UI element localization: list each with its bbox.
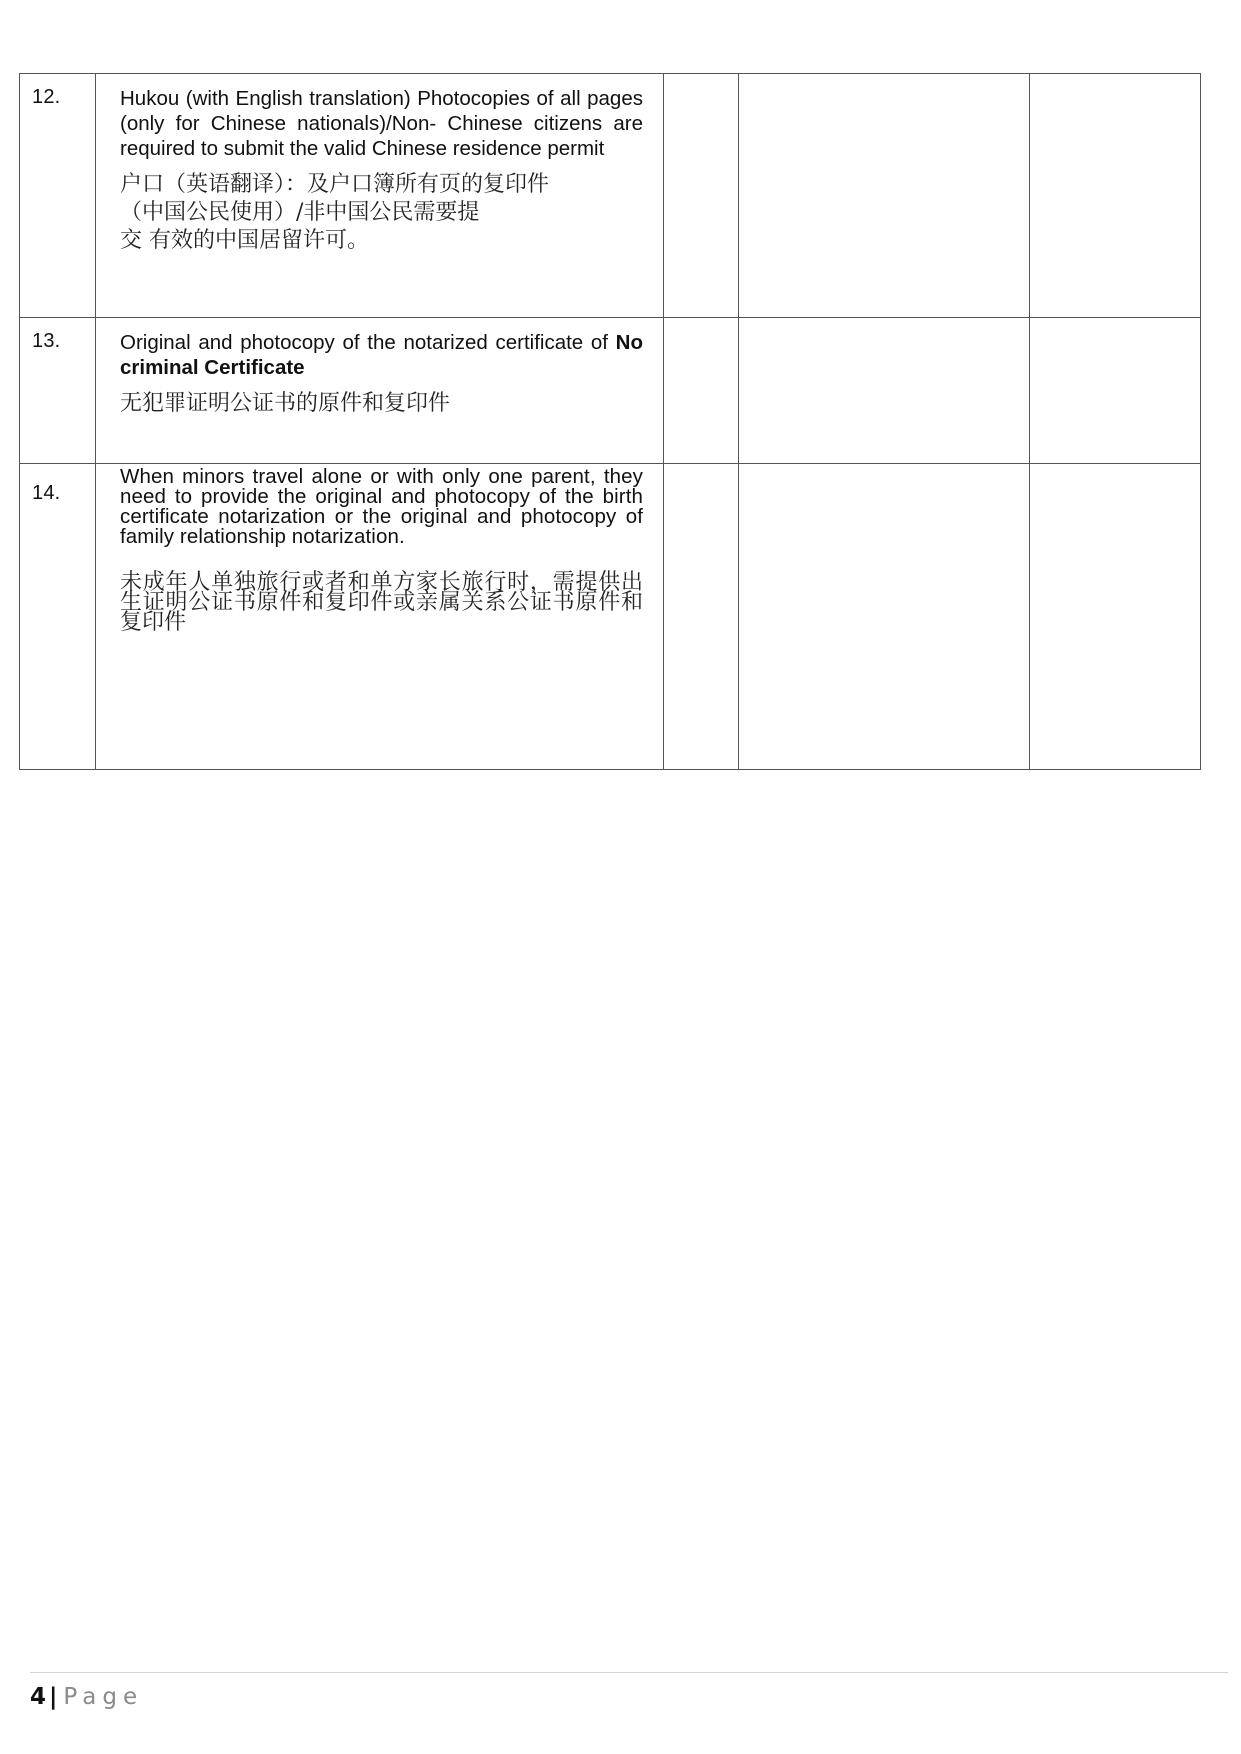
chinese-line: （中国公民使用）/非中国公民需要提 (120, 199, 643, 227)
chinese-description: 无犯罪证明公证书的原件和复印件 (120, 390, 643, 418)
english-description: Original and photocopy of the notarized … (120, 330, 643, 380)
english-description: When minors travel alone or with only on… (120, 467, 643, 547)
chinese-line: 户口（英语翻译）：及户口簿所有页的复印件 (120, 171, 643, 199)
notes-cell[interactable] (1030, 318, 1201, 464)
notes-cell[interactable] (1030, 74, 1201, 318)
english-description: Hukou (with English translation) Photoco… (120, 86, 643, 161)
description-cell: Original and photocopy of the notarized … (96, 318, 664, 464)
requirements-table: 12. Hukou (with English translation) Pho… (19, 73, 1201, 770)
chinese-description: 未成年人单独旅行或者和单方家长旅行时，需提供出生证明公证书原件和复印件或亲属关系… (120, 573, 643, 633)
row-number: 12. (20, 74, 95, 109)
english-text: Original and photocopy of the notarized … (120, 331, 616, 354)
remarks-cell[interactable] (739, 464, 1030, 770)
notes-cell[interactable] (1030, 464, 1201, 770)
chinese-line: 交 有效的中国居留许可。 (120, 227, 643, 255)
remarks-cell[interactable] (739, 318, 1030, 464)
check-cell[interactable] (664, 318, 739, 464)
page-number: 4 (30, 1684, 46, 1710)
footer-divider (30, 1672, 1228, 1673)
check-cell[interactable] (664, 74, 739, 318)
description-cell: When minors travel alone or with only on… (96, 464, 664, 770)
row-number: 14. (20, 464, 95, 505)
row-number-cell: 14. (20, 464, 96, 770)
description-cell: Hukou (with English translation) Photoco… (96, 74, 664, 318)
row-number-cell: 12. (20, 74, 96, 318)
table-row: 12. Hukou (with English translation) Pho… (20, 74, 1201, 318)
chinese-description: 户口（英语翻译）：及户口簿所有页的复印件 （中国公民使用）/非中国公民需要提 交… (120, 171, 643, 255)
table-row: 14. When minors travel alone or with onl… (20, 464, 1201, 770)
row-number: 13. (20, 318, 95, 353)
row-number-cell: 13. (20, 318, 96, 464)
remarks-cell[interactable] (739, 74, 1030, 318)
page-separator: | (49, 1684, 57, 1710)
check-cell[interactable] (664, 464, 739, 770)
chinese-line: 无犯罪证明公证书的原件和复印件 (120, 390, 643, 418)
page-footer: 4|Page (30, 1684, 143, 1710)
table-row: 13. Original and photocopy of the notari… (20, 318, 1201, 464)
page-label: Page (63, 1684, 143, 1710)
